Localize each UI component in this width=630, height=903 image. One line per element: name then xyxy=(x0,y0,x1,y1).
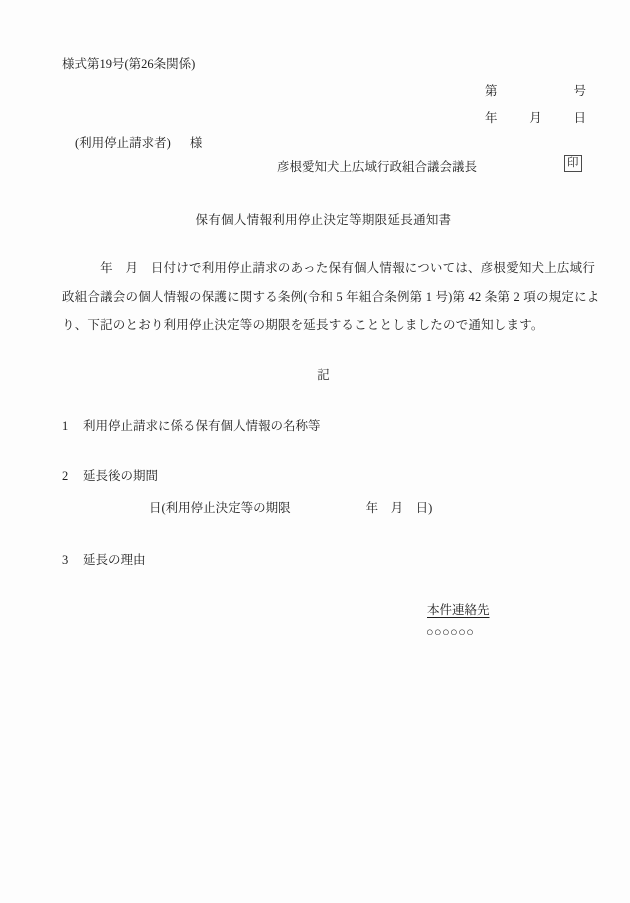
date-line: 年 月 日 xyxy=(485,108,586,126)
form-number: 様式第19号(第26条関係) xyxy=(62,54,195,72)
list-item-1: 1利用停止請求に係る保有個人情報の名称等 xyxy=(62,416,321,434)
item-text: 利用停止請求に係る保有個人情報の名称等 xyxy=(83,419,321,433)
item-number: 1 xyxy=(62,419,83,434)
item-number: 2 xyxy=(62,469,83,484)
body-line: 年 月 日付けで利用停止請求のあった保有個人情報については、彦根愛知犬上広域行 xyxy=(62,254,590,283)
ki-marker: 記 xyxy=(62,365,585,383)
date-month-label: 月 xyxy=(529,108,542,126)
body-line: 政組合議会の個人情報の保護に関する条例(令和 5 年組合条例第 1 号)第 42… xyxy=(62,283,590,312)
item-number: 3 xyxy=(62,553,83,568)
date-day-label: 日 xyxy=(573,108,586,126)
recipient-honorific: 様 xyxy=(190,136,203,150)
date-year-label: 年 xyxy=(485,108,498,126)
recipient-line: (利用停止請求者)様 xyxy=(75,133,202,151)
contact-value-placeholder: ○○○○○○ xyxy=(426,625,474,640)
document-title: 保有個人情報利用停止決定等期限延長通知書 xyxy=(62,210,585,228)
doc-number-prefix: 第 xyxy=(485,81,498,99)
seal-stamp: 印 xyxy=(564,155,582,172)
recipient-label: (利用停止請求者) xyxy=(75,136,171,150)
sender-name: 彦根愛知犬上広域行政組合議会議長 xyxy=(277,157,477,175)
contact-label: 本件連絡先 xyxy=(427,600,490,618)
document-page: 様式第19号(第26条関係) 第 号 年 月 日 (利用停止請求者)様 彦根愛知… xyxy=(0,0,630,903)
item-text: 延長後の期間 xyxy=(83,469,158,483)
doc-number-suffix: 号 xyxy=(573,81,586,99)
doc-number-line: 第 号 xyxy=(485,81,586,99)
item-2-detail: 日(利用停止決定等の期限 年 月 日) xyxy=(149,498,432,516)
list-item-3: 3延長の理由 xyxy=(62,550,146,568)
body-line: り、下記のとおり利用停止決定等の期限を延長することとしましたので通知します。 xyxy=(62,311,590,340)
list-item-2: 2延長後の期間 xyxy=(62,466,158,484)
item-text: 延長の理由 xyxy=(83,553,146,567)
body-paragraph: 年 月 日付けで利用停止請求のあった保有個人情報については、彦根愛知犬上広域行 … xyxy=(62,254,590,340)
